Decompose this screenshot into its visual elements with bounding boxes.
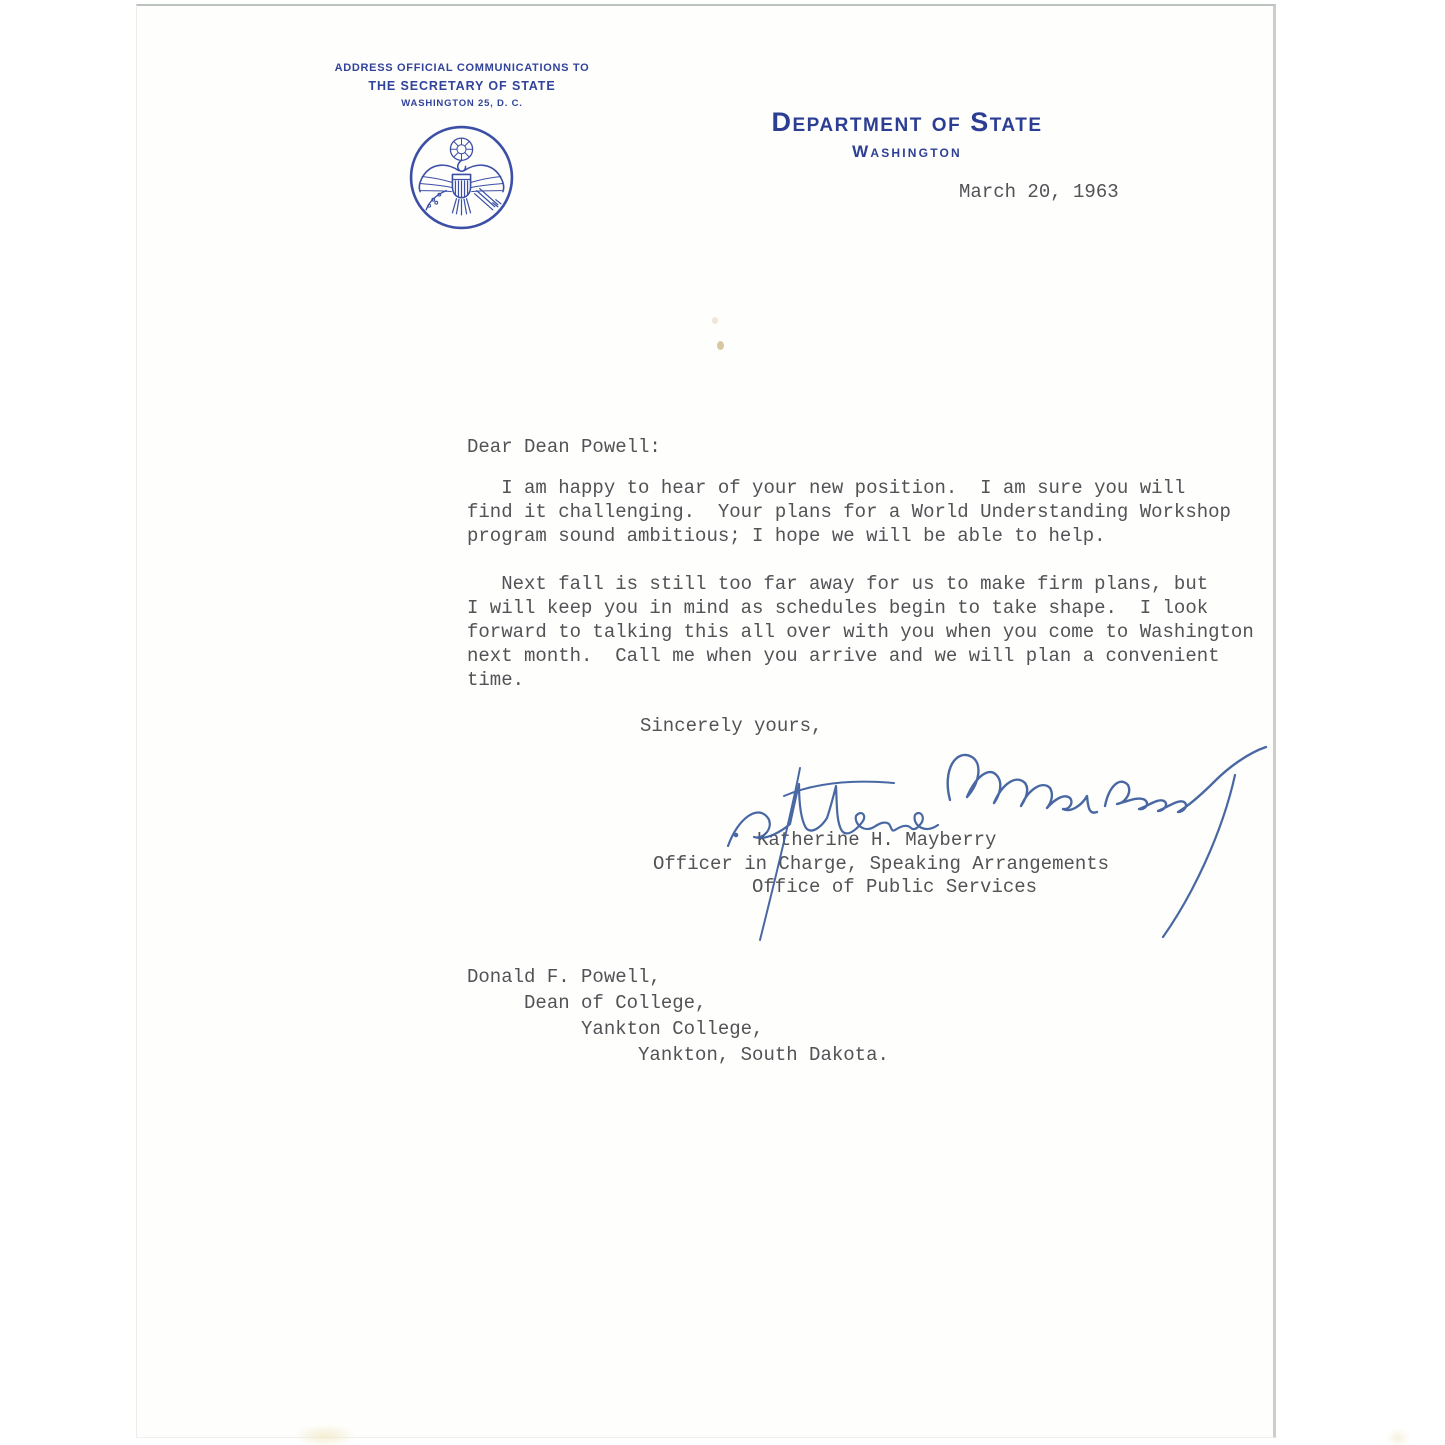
paper-smudge <box>1385 1428 1411 1445</box>
paper-smudge <box>293 1424 357 1445</box>
letterhead-instruction-line: THE SECRETARY OF STATE <box>307 77 617 95</box>
header-city: Washington <box>707 142 1107 162</box>
recipient-address-block: Donald F. Powell, Dean of College, Yankt… <box>467 964 889 1068</box>
salutation: Dear Dean Powell: <box>467 435 661 459</box>
page-title: Department of State <box>707 108 1107 136</box>
paper-speck <box>712 317 718 324</box>
closing-line: Sincerely yours, <box>640 714 822 738</box>
body-paragraph: Next fall is still too far away for us t… <box>467 572 1254 692</box>
paper-speck <box>717 341 724 350</box>
letter-date: March 20, 1963 <box>959 180 1119 204</box>
letterhead-instruction-line: WASHINGTON 25, D. C. <box>307 95 617 112</box>
signature-title-line: Office of Public Services <box>752 875 1037 899</box>
letterhead-instruction-line: ADDRESS OFFICIAL COMMUNICATIONS TO <box>307 59 617 77</box>
letterhead-instructions: ADDRESS OFFICIAL COMMUNICATIONS TO THE S… <box>307 59 617 112</box>
signature-title-line: Officer in Charge, Speaking Arrangements <box>653 852 1109 876</box>
body-paragraph: I am happy to hear of your new position.… <box>467 476 1231 548</box>
typed-signature-name: Katherine H. Mayberry <box>757 828 996 852</box>
scanned-letter: ADDRESS OFFICIAL COMMUNICATIONS TO THE S… <box>0 0 1445 1445</box>
letter-paper: ADDRESS OFFICIAL COMMUNICATIONS TO THE S… <box>136 4 1276 1438</box>
great-seal-icon <box>406 122 517 233</box>
